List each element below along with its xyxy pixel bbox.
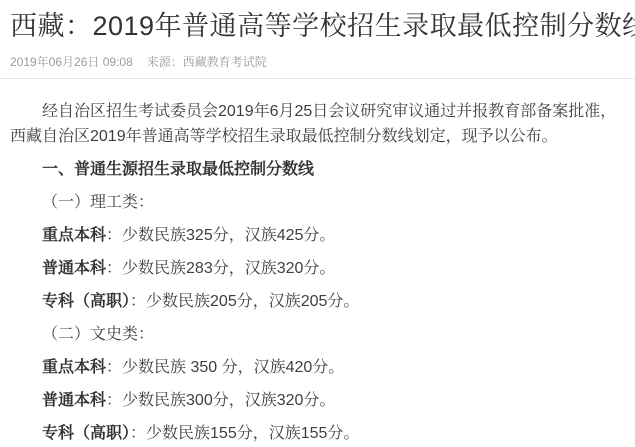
score-line-arts-key: 重点本科：少数民族 350 分，汉族420分。 xyxy=(10,355,623,380)
score-value: ：少数民族300分，汉族320分。 xyxy=(106,392,335,409)
publish-datetime: 2019年06月26日 09:08 xyxy=(10,55,133,69)
section-heading: 一、普通生源招生录取最低控制分数线 xyxy=(42,161,314,178)
score-value: ：少数民族155分，汉族155分。 xyxy=(130,425,359,442)
article-header: 西藏：2019年普通高等学校招生录取最低控制分数线 2019年06月26日 09… xyxy=(0,0,635,69)
score-term: 重点本科 xyxy=(42,227,106,244)
score-line-arts-regular: 普通本科：少数民族300分，汉族320分。 xyxy=(10,388,623,413)
score-line-science-regular: 普通本科：少数民族283分，汉族320分。 xyxy=(10,256,623,281)
score-line-arts-vocational: 专科（高职）：少数民族155分，汉族155分。 xyxy=(10,421,623,446)
score-line-science-key: 重点本科：少数民族325分，汉族425分。 xyxy=(10,223,623,248)
score-value: ：少数民族325分，汉族425分。 xyxy=(106,227,335,244)
subsection-label-text: （一）理工类： xyxy=(42,194,154,211)
source-label: 来源：西藏教育考试院 xyxy=(147,55,267,69)
subsection-label-science: （一）理工类： xyxy=(10,190,623,215)
score-value: ：少数民族283分，汉族320分。 xyxy=(106,260,335,277)
intro-paragraph: 经自治区招生考试委员会2019年6月25日会议研究审议通过并报教育部备案批准，西… xyxy=(10,99,623,149)
article-body: 经自治区招生考试委员会2019年6月25日会议研究审议通过并报教育部备案批准，西… xyxy=(0,99,635,446)
score-value: ：少数民族 350 分，汉族420分。 xyxy=(106,359,344,376)
page-title: 西藏：2019年普通高等学校招生录取最低控制分数线 xyxy=(10,8,625,44)
subsection-label-liberal-arts: （二）文史类： xyxy=(10,322,623,347)
score-term: 普通本科 xyxy=(42,260,106,277)
article-meta: 2019年06月26日 09:08来源：西藏教育考试院 xyxy=(10,55,625,69)
section-heading-line: 一、普通生源招生录取最低控制分数线 xyxy=(10,157,623,182)
score-line-science-vocational: 专科（高职）：少数民族205分，汉族205分。 xyxy=(10,289,623,314)
score-value: ：少数民族205分，汉族205分。 xyxy=(130,293,359,310)
score-term: 普通本科 xyxy=(42,392,106,409)
article-page: 西藏：2019年普通高等学校招生录取最低控制分数线 2019年06月26日 09… xyxy=(0,0,635,447)
header-divider xyxy=(0,78,635,79)
score-term: 重点本科 xyxy=(42,359,106,376)
subsection-label-text: （二）文史类： xyxy=(42,326,154,343)
score-term: 专科（高职） xyxy=(42,425,130,442)
score-term: 专科（高职） xyxy=(42,293,130,310)
